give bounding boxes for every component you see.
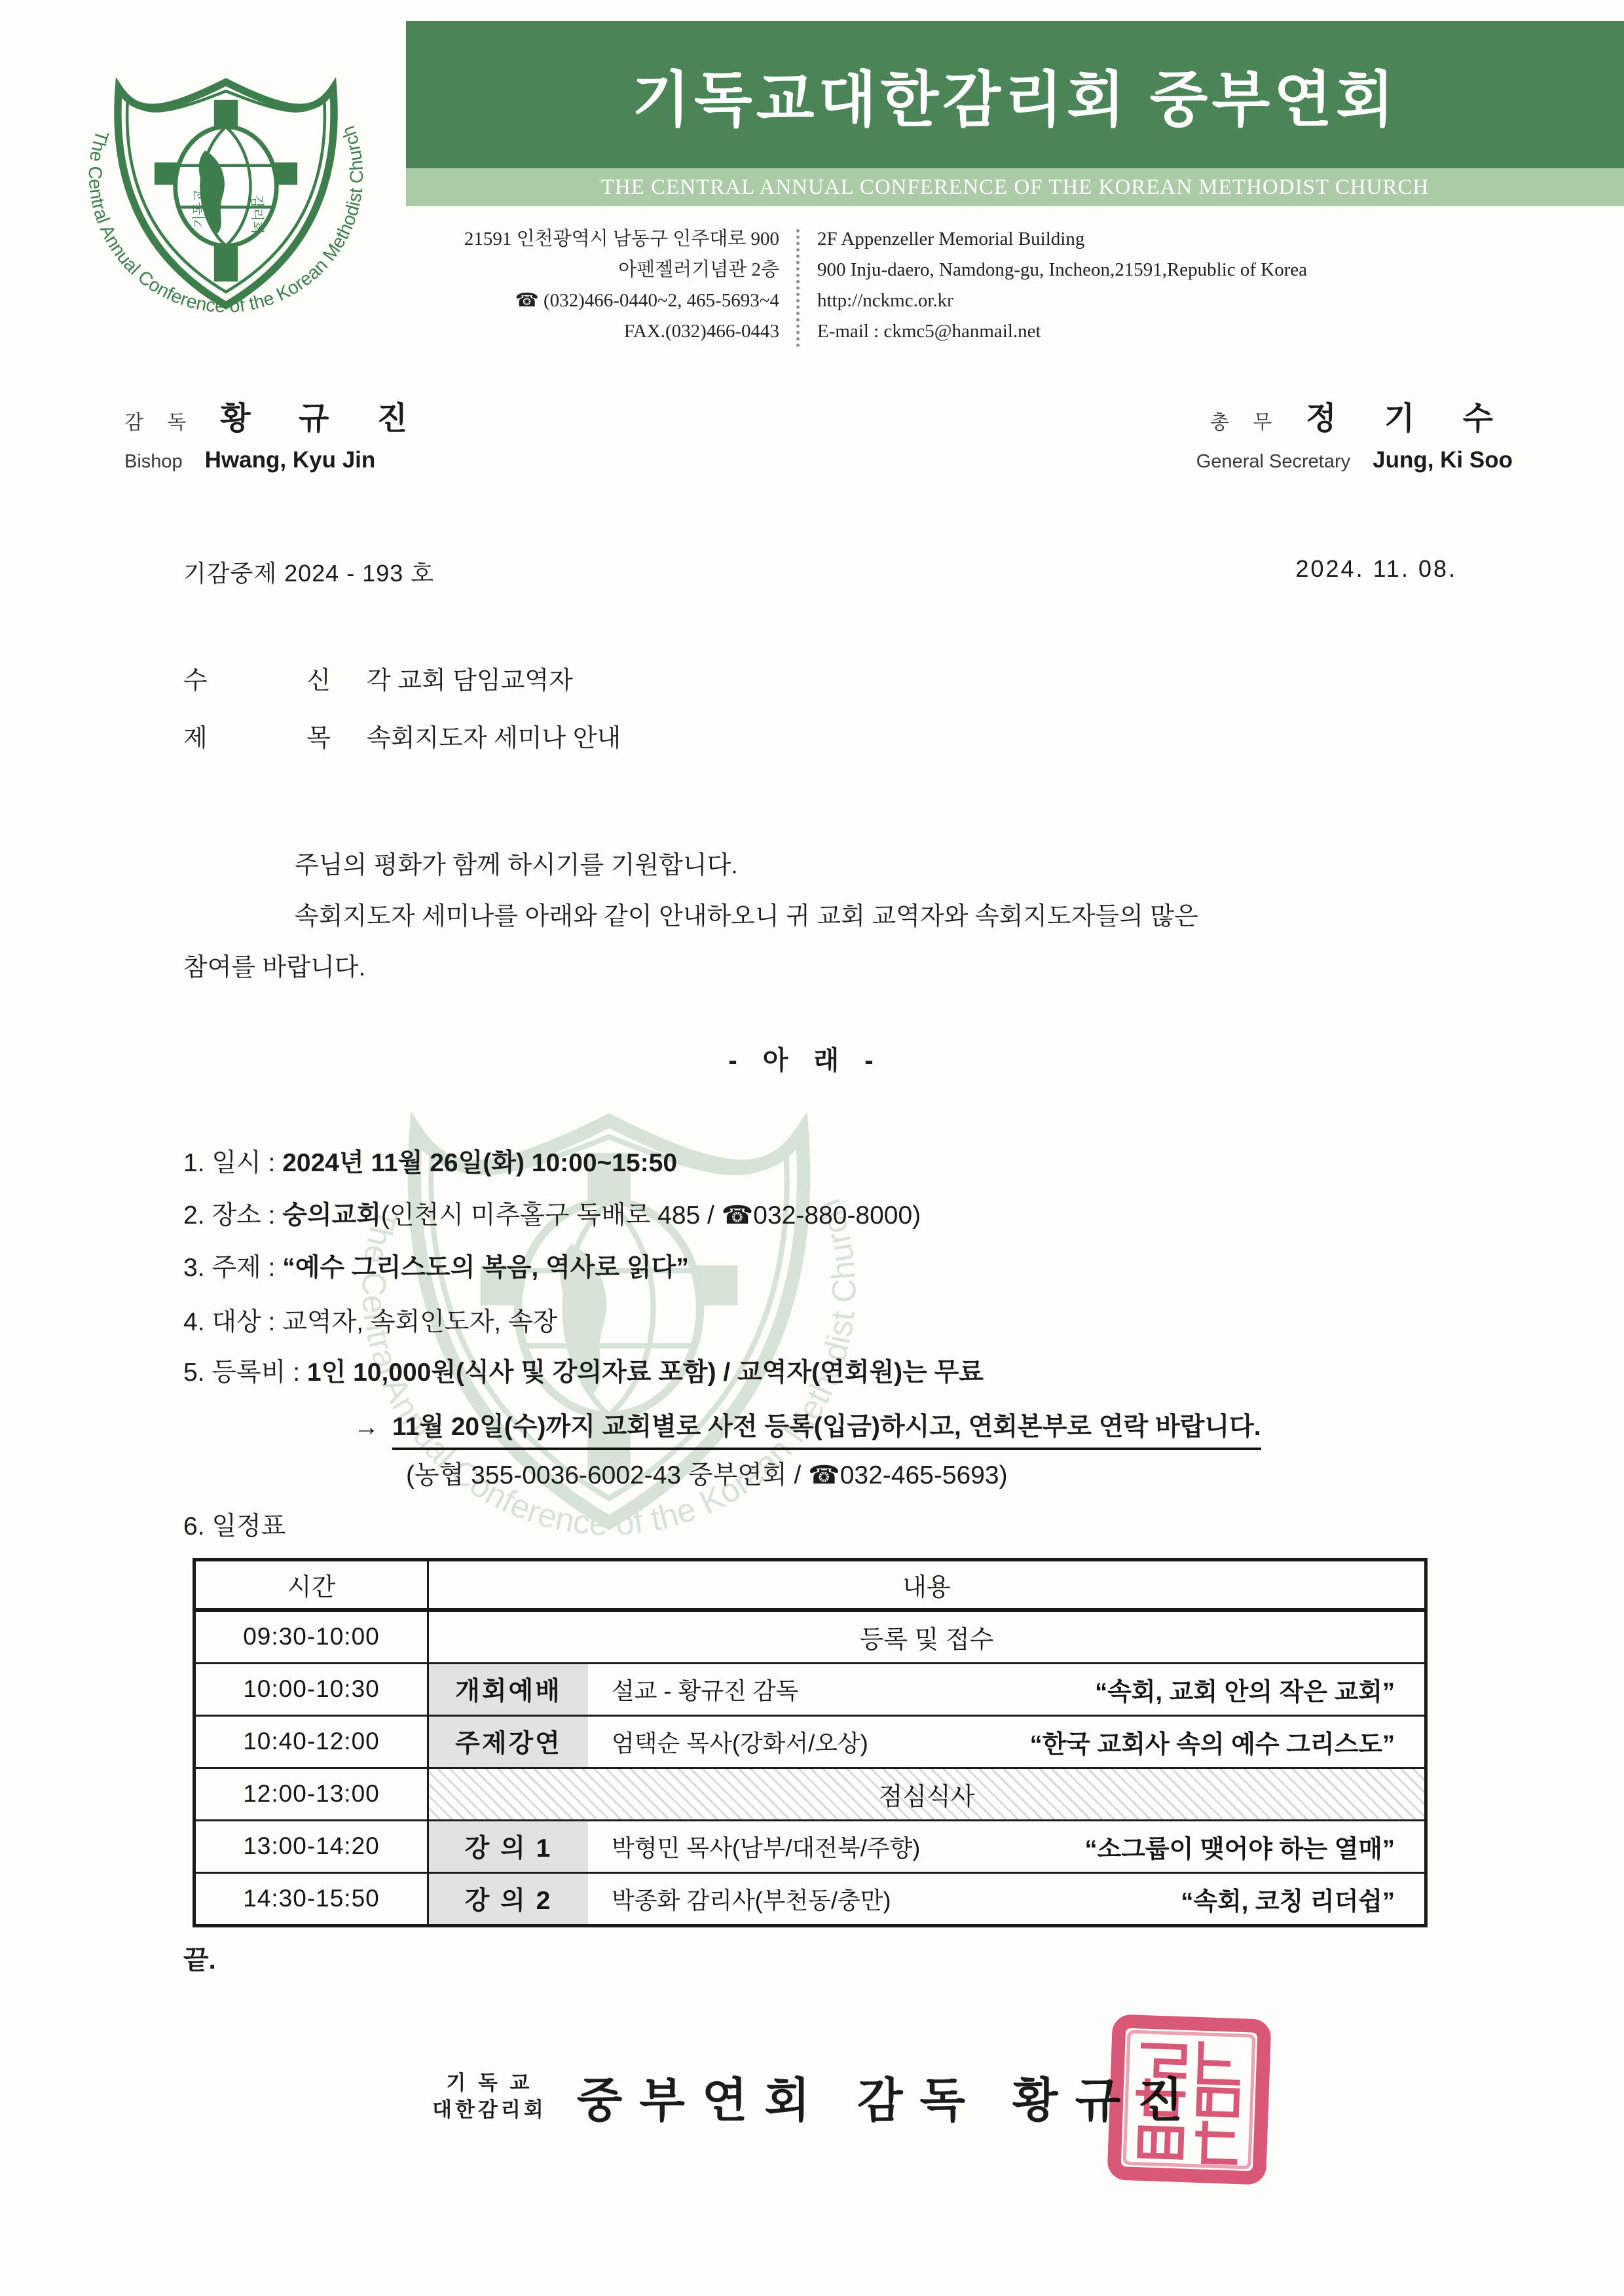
- session-label: 강 의 1: [429, 1821, 588, 1872]
- signature-org-line: 대한감리회: [432, 2096, 547, 2123]
- below-marker: - 아 래 -: [183, 1040, 1428, 1077]
- table-row: 10:40-12:00 주제강연 엄택순 목사(강화서/오상) “한국 교회사 …: [194, 1715, 1426, 1768]
- list-item-theme: 3. 주제 : “예수 그리스도의 복음, 역사로 읽다”: [183, 1247, 689, 1284]
- signature-org-line: 기 독 교: [432, 2069, 547, 2096]
- session-label: 강 의 2: [429, 1874, 588, 1924]
- document-number: 기감중제 2024 - 193 호: [183, 555, 434, 589]
- subject-row: 제 목 속회지도자 세미나 안내: [183, 718, 621, 754]
- schedule-text: 등록 및 접수: [429, 1612, 1424, 1662]
- session-speaker: 박종화 감리사(부천동/충만): [612, 1874, 891, 1924]
- secretary-name-kr: 정 기 수: [1306, 393, 1513, 438]
- address-kr-line: 아펜젤러기념관 2층: [367, 255, 779, 285]
- recipient-label: 수 신: [183, 660, 331, 696]
- emblem-inner-text-left: 기독교: [192, 189, 207, 228]
- signature-block: 기 독 교 대한감리회 중부연회 감독 황규진: [432, 2062, 1200, 2130]
- recipient-label-char: 수: [183, 660, 208, 696]
- body-paragraph-1: 주님의 평화가 함께 하시기를 기원합니다.: [183, 851, 1460, 880]
- registration-note-text: 11월 20일(수)까지 교회별로 사전 등록(입금)하시고, 연회본부로 연락…: [392, 1406, 1261, 1450]
- emblem-inner-text-right: 감리회: [249, 195, 265, 234]
- address-kr-line: FAX.(032)466-0443: [367, 316, 779, 347]
- address-korean: 21591 인천광역시 남동구 인주대로 900 아펜젤러기념관 2층 ☎ (0…: [367, 224, 779, 347]
- item-bold: “예수 그리스도의 복음, 역사로 읽다”: [282, 1254, 689, 1282]
- list-item-schedule: 6. 일정표: [183, 1506, 286, 1542]
- schedule-time: 10:00-10:30: [194, 1663, 428, 1715]
- bishop-label-en: Bishop: [124, 451, 183, 473]
- header-banner: 기독교대한감리회 중부연회: [406, 21, 1624, 168]
- session-label: 주제강연: [429, 1717, 588, 1767]
- bishop-label-kr: 감 독: [124, 406, 195, 435]
- bishop-name-en: Hwang, Kyu Jin: [205, 447, 376, 473]
- secretary-name-en: Jung, Ki Soo: [1373, 447, 1513, 473]
- session-title: “한국 교회사 속의 예수 그리스도”: [1030, 1717, 1395, 1767]
- document-date: 2024. 11. 08.: [1295, 555, 1457, 583]
- address-english: 2F Appenzeller Memorial Building 900 Inj…: [817, 224, 1610, 347]
- address-kr-line: 21591 인천광역시 남동구 인주대로 900: [367, 224, 779, 255]
- table-row: 12:00-13:00 점심식사: [194, 1768, 1426, 1820]
- signature-org: 기 독 교 대한감리회: [432, 2069, 547, 2123]
- item-prefix: 3. 주제 :: [183, 1254, 282, 1282]
- schedule-time: 09:30-10:00: [194, 1610, 428, 1664]
- subject-label-char: 제: [183, 718, 208, 754]
- org-subtitle-en: THE CENTRAL ANNUAL CONFERENCE OF THE KOR…: [601, 175, 1430, 200]
- secretary-label-en: General Secretary: [1196, 451, 1350, 473]
- schedule-text: 점심식사: [429, 1769, 1424, 1819]
- closing-mark: 끝.: [183, 1939, 216, 1977]
- document-page: The Central Annual Conference of the Kor…: [0, 0, 1624, 2296]
- item-prefix: 2. 장소 :: [183, 1201, 282, 1230]
- schedule-table: 시간 내용 09:30-10:00 등록 및 접수 10:00-10:30 개회…: [193, 1558, 1428, 1927]
- body-paragraph-3: 참여를 바랍니다.: [183, 953, 1460, 982]
- address-divider: [796, 229, 800, 347]
- list-item-target: 4. 대상 : 교역자, 속회인도자, 속장: [183, 1302, 557, 1338]
- recipient-label-char: 신: [306, 660, 331, 696]
- bishop-block: 감 독 황 규 진 Bishop Hwang, Kyu Jin: [124, 393, 427, 473]
- session-speaker: 엄택순 목사(강화서/오상): [612, 1717, 868, 1767]
- table-row: 10:00-10:30 개회예배 설교 - 황규진 감독 “속회, 교회 안의 …: [194, 1663, 1426, 1715]
- body-paragraph-2: 속회지도자 세미나를 아래와 같이 안내하오니 귀 교회 교역자와 속회지도자들…: [183, 902, 1460, 931]
- schedule-time: 13:00-14:20: [194, 1820, 428, 1872]
- bank-account-note: (농협 355-0036-6002-43 중부연회 / ☎032-465-569…: [406, 1455, 1008, 1491]
- schedule-time: 12:00-13:00: [194, 1768, 428, 1820]
- org-title: 기독교대한감리회 중부연회: [632, 52, 1398, 138]
- schedule-header-time: 시간: [194, 1560, 428, 1610]
- registration-note: → 11월 20일(수)까지 교회별로 사전 등록(입금)하시고, 연회본부로 …: [354, 1406, 1261, 1450]
- item-rest: (인천시 미추홀구 독배로 485 / ☎032-880-8000): [381, 1201, 921, 1230]
- official-seal: [1099, 2012, 1280, 2187]
- list-item-date: 1. 일시 : 2024년 11월 26일(화) 10:00~15:50: [183, 1142, 677, 1179]
- list-item-fee: 5. 등록비 : 1인 10,000원(식사 및 강의자료 포함) / 교역자(…: [183, 1352, 984, 1389]
- item-bold: 1인 10,000원(식사 및 강의자료 포함) / 교역자(연회원)는 무료: [307, 1358, 984, 1387]
- address-en-line: E-mail : ckmc5@hanmail.net: [817, 316, 1610, 347]
- schedule-time: 14:30-15:50: [194, 1872, 428, 1925]
- item-prefix: 1. 일시 :: [183, 1149, 282, 1177]
- recipient-row: 수 신 각 교회 담임교역자: [183, 660, 573, 696]
- address-kr-line: ☎ (032)466-0440~2, 465-5693~4: [367, 285, 779, 316]
- schedule-header-content: 내용: [428, 1560, 1426, 1610]
- address-en-line: 900 Inju-daero, Namdong-gu, Incheon,2159…: [817, 255, 1610, 285]
- header-banner-strip: THE CENTRAL ANNUAL CONFERENCE OF THE KOR…: [406, 168, 1624, 206]
- item-prefix: 5. 등록비 :: [183, 1358, 307, 1387]
- schedule-time: 10:40-12:00: [194, 1715, 428, 1768]
- session-title: “속회, 교회 안의 작은 교회”: [1095, 1664, 1395, 1715]
- item-bold: 숭의교회: [282, 1201, 381, 1230]
- list-item-place: 2. 장소 : 숭의교회(인천시 미추홀구 독배로 485 / ☎032-880…: [183, 1195, 921, 1231]
- arrow-icon: →: [354, 1413, 379, 1442]
- subject-label: 제 목: [183, 718, 331, 754]
- schedule-header-row: 시간 내용: [194, 1560, 1426, 1610]
- item-rest: 교역자, 속회인도자, 속장: [282, 1308, 557, 1336]
- session-speaker: 설교 - 황규진 감독: [612, 1664, 798, 1715]
- item-bold: 2024년 11월 26일(화) 10:00~15:50: [282, 1149, 677, 1177]
- subject-label-char: 목: [306, 718, 331, 754]
- bishop-name-kr: 황 규 진: [220, 393, 427, 438]
- address-en-line: http://nckmc.or.kr: [817, 285, 1610, 316]
- church-emblem-logo: 기독교 감리회 The Central Annual Conference of…: [62, 16, 390, 350]
- table-row: 14:30-15:50 강 의 2 박종화 감리사(부천동/충만) “속회, 코…: [194, 1872, 1426, 1925]
- secretary-label-kr: 총 무: [1210, 406, 1281, 435]
- session-title: “속회, 코칭 리더쉽”: [1181, 1874, 1395, 1924]
- session-label: 개회예배: [429, 1664, 588, 1715]
- address-en-line: 2F Appenzeller Memorial Building: [817, 224, 1610, 255]
- session-speaker: 박형민 목사(남부/대전북/주향): [612, 1821, 920, 1872]
- general-secretary-block: 총 무 정 기 수 General Secretary Jung, Ki Soo: [1196, 393, 1513, 473]
- item-prefix: 4. 대상 :: [183, 1308, 282, 1336]
- session-title: “소그룹이 맺어야 하는 열매”: [1085, 1821, 1395, 1872]
- table-row: 09:30-10:00 등록 및 접수: [194, 1610, 1426, 1664]
- table-row: 13:00-14:20 강 의 1 박형민 목사(남부/대전북/주향) “소그룹…: [194, 1820, 1426, 1872]
- subject-value: 속회지도자 세미나 안내: [367, 718, 621, 754]
- recipient-value: 각 교회 담임교역자: [367, 660, 573, 696]
